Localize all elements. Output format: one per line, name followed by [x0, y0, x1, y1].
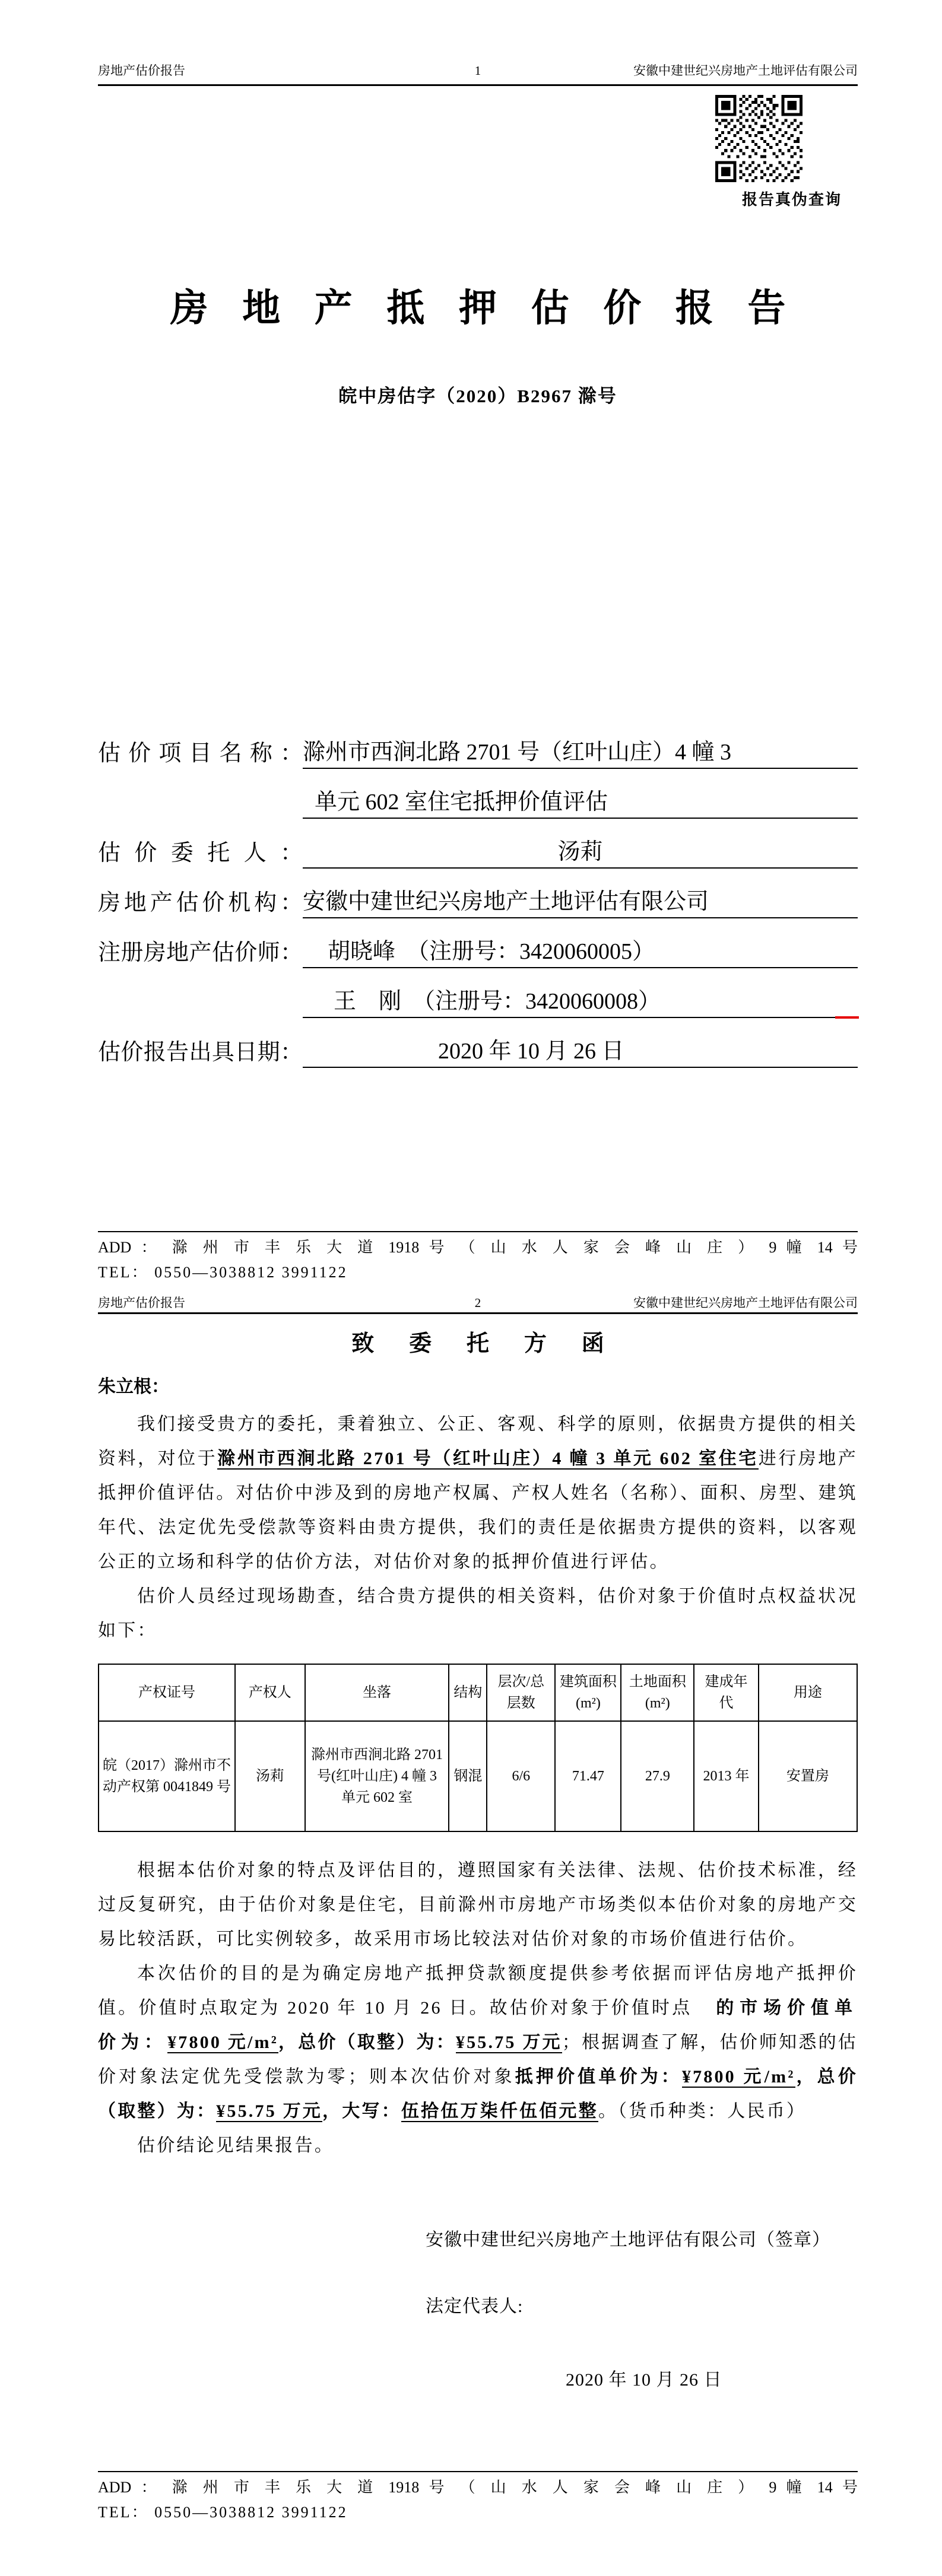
p4-mortgage-total-price: ¥55.75 万元: [216, 2101, 322, 2122]
cell-use: 安置房: [759, 1721, 857, 1831]
header-rule-1: [98, 84, 858, 86]
property-rights-table: 产权证号 产权人 坐落 结构 层次/总层数 建筑面积(m²) 土地面积(m²) …: [98, 1664, 858, 1832]
p4-capital-label: ，大写：: [322, 2101, 401, 2121]
field-row-agency: 房地产估价机构： 安徽中建世纪兴房地产土地评估有限公司: [98, 869, 858, 918]
field-label: 估价委托人：: [98, 834, 303, 869]
cell-build-year: 2013 年: [694, 1721, 759, 1831]
p4-total-price: ¥55.75 万元: [456, 2033, 562, 2053]
footer-rule-1: [98, 1231, 858, 1232]
field-label: 估价项目名称：: [98, 734, 303, 769]
paragraph-5: 估价结论见结果报告。: [98, 2129, 858, 2163]
p4-mortgage-price-label: 抵押价值单价为：: [515, 2067, 682, 2087]
qr-code-image: [715, 95, 803, 182]
qr-caption: 报告真伪查询: [715, 187, 842, 209]
cell-owner: 汤莉: [235, 1721, 305, 1831]
footer-address-2: ADD ： 滁 州 市 丰 乐 大 道 1918 号 （ 山 水 人 家 会 峰…: [98, 2478, 858, 2498]
paragraph-4: 本次估价的目的是为确定房地产抵押贷款额度提供参考依据而评估房地产抵押价值。价值时…: [98, 1957, 858, 2129]
letter-heading: 致委托方函: [98, 1328, 858, 1360]
paragraph-2: 估价人员经过现场勘查，结合贵方提供的相关资料，估价对象于价值时点权益状况如下：: [98, 1579, 858, 1648]
signature-company: 安徽中建世纪兴房地产土地评估有限公司（签章）: [426, 2228, 858, 2252]
cover-fields: 估价项目名称： 滁州市西涧北路 2701 号（红叶山庄）4 幢 3 单元 602…: [98, 719, 858, 1068]
cell-structure: 钢混: [449, 1721, 487, 1831]
document-page: 房地产估价报告 1 安徽中建世纪兴房地产土地评估有限公司: [0, 0, 942, 2576]
cell-location: 滁州市西涧北路 2701 号(红叶山庄) 4 幢 3 单元 602 室: [305, 1721, 449, 1831]
field-value: 王 刚 （注册号：3420060008）: [303, 982, 858, 1018]
field-value: 单元 602 室住宅抵押价值评估: [303, 783, 858, 819]
red-tick-mark: [835, 1016, 859, 1019]
table-header-row: 产权证号 产权人 坐落 结构 层次/总层数 建筑面积(m²) 土地面积(m²) …: [99, 1664, 857, 1721]
field-label: 注册房地产估价师：: [98, 934, 303, 968]
footer-rule-2: [98, 2471, 858, 2472]
header-rule-2: [98, 1312, 858, 1314]
field-value: 2020 年 10 月 26 日: [303, 1032, 858, 1068]
field-label: 估价报告出具日期：: [98, 1033, 303, 1068]
col-owner: 产权人: [235, 1664, 305, 1721]
p4-capital-amount: 伍拾伍万柒仟伍佰元整: [401, 2101, 598, 2122]
field-value-text: 王 刚 （注册号：3420060008）: [334, 989, 661, 1014]
p4-unit-price: ¥7800 元/m²: [167, 2033, 278, 2053]
field-row-appraiser-2: 王 刚 （注册号：3420060008）: [98, 968, 858, 1018]
field-label: [98, 1016, 303, 1018]
signature-legal-rep: 法定代表人:: [426, 2295, 858, 2319]
field-label: 房地产估价机构：: [98, 884, 303, 918]
paragraph-1: 我们接受贵方的委托，秉着独立、公正、客观、科学的原则，依据贵方提供的相关资料，对…: [98, 1407, 858, 1579]
header-company: 安徽中建世纪兴房地产土地评估有限公司: [496, 1295, 858, 1311]
page1-number: 1: [460, 63, 496, 78]
field-value: 汤莉: [303, 833, 858, 869]
col-cert-no: 产权证号: [99, 1664, 235, 1721]
cell-cert-no: 皖（2017）滁州市不动产权第 0041849 号: [99, 1721, 235, 1831]
field-label: [98, 817, 303, 819]
report-number: 皖中房估字（2020）B2967 滁号: [98, 381, 858, 408]
cell-floor: 6/6: [487, 1721, 555, 1831]
footer-tel-1: TEL： 0550—3038812 3991122: [98, 1262, 858, 1283]
col-build-year: 建成年代: [694, 1664, 759, 1721]
header-doc-type: 房地产估价报告: [98, 63, 460, 78]
table-row: 皖（2017）滁州市不动产权第 0041849 号 汤莉 滁州市西涧北路 270…: [99, 1721, 857, 1831]
col-use: 用途: [759, 1664, 857, 1721]
field-value: 安徽中建世纪兴房地产土地评估有限公司: [303, 883, 858, 918]
footer-address-1: ADD ： 滁 州 市 丰 乐 大 道 1918 号 （ 山 水 人 家 会 峰…: [98, 1238, 858, 1258]
cell-land-area: 27.9: [621, 1721, 694, 1831]
p1-property-address: 滁州市西涧北路 2701 号（红叶山庄）4 幢 3 单元 602 室住宅: [217, 1449, 759, 1470]
field-row-project-name: 估价项目名称： 滁州市西涧北路 2701 号（红叶山庄）4 幢 3: [98, 719, 858, 769]
footer-tel-2: TEL： 0550—3038812 3991122: [98, 2502, 858, 2523]
cell-building-area: 71.47: [555, 1721, 621, 1831]
signature-date: 2020 年 10 月 26 日: [566, 2368, 858, 2392]
page2-header: 房地产估价报告 2 安徽中建世纪兴房地产土地评估有限公司: [98, 1295, 858, 1311]
col-building-area: 建筑面积(m²): [555, 1664, 621, 1721]
p4-mortgage-unit-price: ¥7800 元/m²: [682, 2067, 795, 2088]
page2-number: 2: [460, 1295, 496, 1311]
field-row-client: 估价委托人： 汤莉: [98, 819, 858, 869]
header-doc-type: 房地产估价报告: [98, 1295, 460, 1311]
col-location: 坐落: [305, 1664, 449, 1721]
p4-run-plain: 。（货币种类：人民币）: [598, 2101, 806, 2121]
col-floor: 层次/总层数: [487, 1664, 555, 1721]
letter-to-client: 致委托方函 朱立根： 我们接受贵方的委托，秉着独立、公正、客观、科学的原则，依据…: [98, 1328, 858, 2392]
field-row-issue-date: 估价报告出具日期： 2020 年 10 月 26 日: [98, 1018, 858, 1068]
field-value: 滁州市西涧北路 2701 号（红叶山庄）4 幢 3: [303, 733, 858, 769]
header-company: 安徽中建世纪兴房地产土地评估有限公司: [496, 63, 858, 78]
field-value: 胡晓峰 （注册号：3420060005）: [303, 933, 858, 968]
salutation: 朱立根：: [98, 1373, 858, 1401]
col-land-area: 土地面积(m²): [621, 1664, 694, 1721]
qr-code: [715, 95, 803, 182]
report-title: 房地产抵押估价报告: [98, 278, 858, 332]
field-row-appraiser-1: 注册房地产估价师： 胡晓峰 （注册号：3420060005）: [98, 918, 858, 968]
page1-header: 房地产估价报告 1 安徽中建世纪兴房地产土地评估有限公司: [98, 63, 858, 78]
col-structure: 结构: [449, 1664, 487, 1721]
field-row-project-name-cont: 单元 602 室住宅抵押价值评估: [98, 769, 858, 819]
paragraph-3: 根据本估价对象的特点及评估目的，遵照国家有关法律、法规、估价技术标准，经过反复研…: [98, 1853, 858, 1957]
p4-total-label: ，总价（取整）为：: [278, 2033, 456, 2052]
